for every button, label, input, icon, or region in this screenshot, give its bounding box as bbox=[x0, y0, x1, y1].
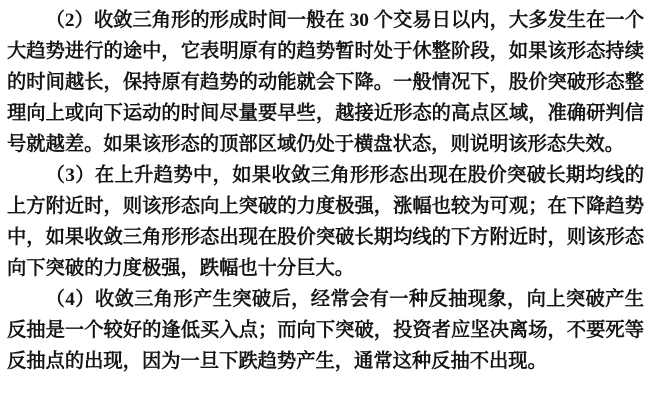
paragraph-item-3: （3）在上升趋势中，如果收敛三角形形态出现在股价突破长期均线的上方附近时，则该形… bbox=[7, 160, 644, 284]
paragraph-item-4: （4）收敛三角形产生突破后，经常会有一种反抽现象，向上突破产生反抽是一个较好的逢… bbox=[7, 284, 644, 377]
paragraph-item-2: （2）收敛三角形的形成时间一般在 30 个交易日以内，大多发生在一个大趋势进行的… bbox=[7, 5, 644, 160]
document-page: （2）收敛三角形的形成时间一般在 30 个交易日以内，大多发生在一个大趋势进行的… bbox=[0, 0, 652, 397]
